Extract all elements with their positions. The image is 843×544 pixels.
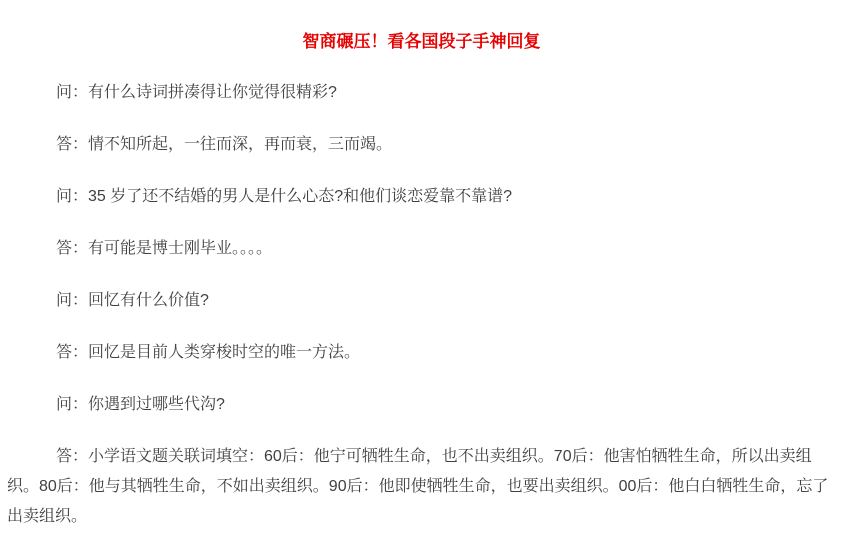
qa-question-3: 问：回忆有什么价值? (7, 286, 836, 316)
qa-answer-3: 答：回忆是目前人类穿梭时空的唯一方法。 (7, 338, 836, 368)
article-title: 智商碾压！看各国段子手神回复 (7, 33, 836, 50)
qa-answer-2: 答：有可能是博士刚毕业。。。。 (7, 234, 836, 264)
qa-question-1: 问：有什么诗词拼凑得让你觉得很精彩? (7, 78, 836, 108)
qa-answer-4: 答：小学语文题关联词填空：60后：他宁可牺牲生命，也不出卖组织。70后：他害怕牺… (7, 442, 836, 532)
qa-answer-1: 答：情不知所起，一往而深，再而衰，三而竭。 (7, 130, 836, 160)
article-page: 智商碾压！看各国段子手神回复 问：有什么诗词拼凑得让你觉得很精彩? 答：情不知所… (0, 0, 843, 532)
qa-question-4: 问：你遇到过哪些代沟? (7, 390, 836, 420)
qa-question-2: 问：35 岁了还不结婚的男人是什么心态?和他们谈恋爱靠不靠谱? (7, 182, 836, 212)
